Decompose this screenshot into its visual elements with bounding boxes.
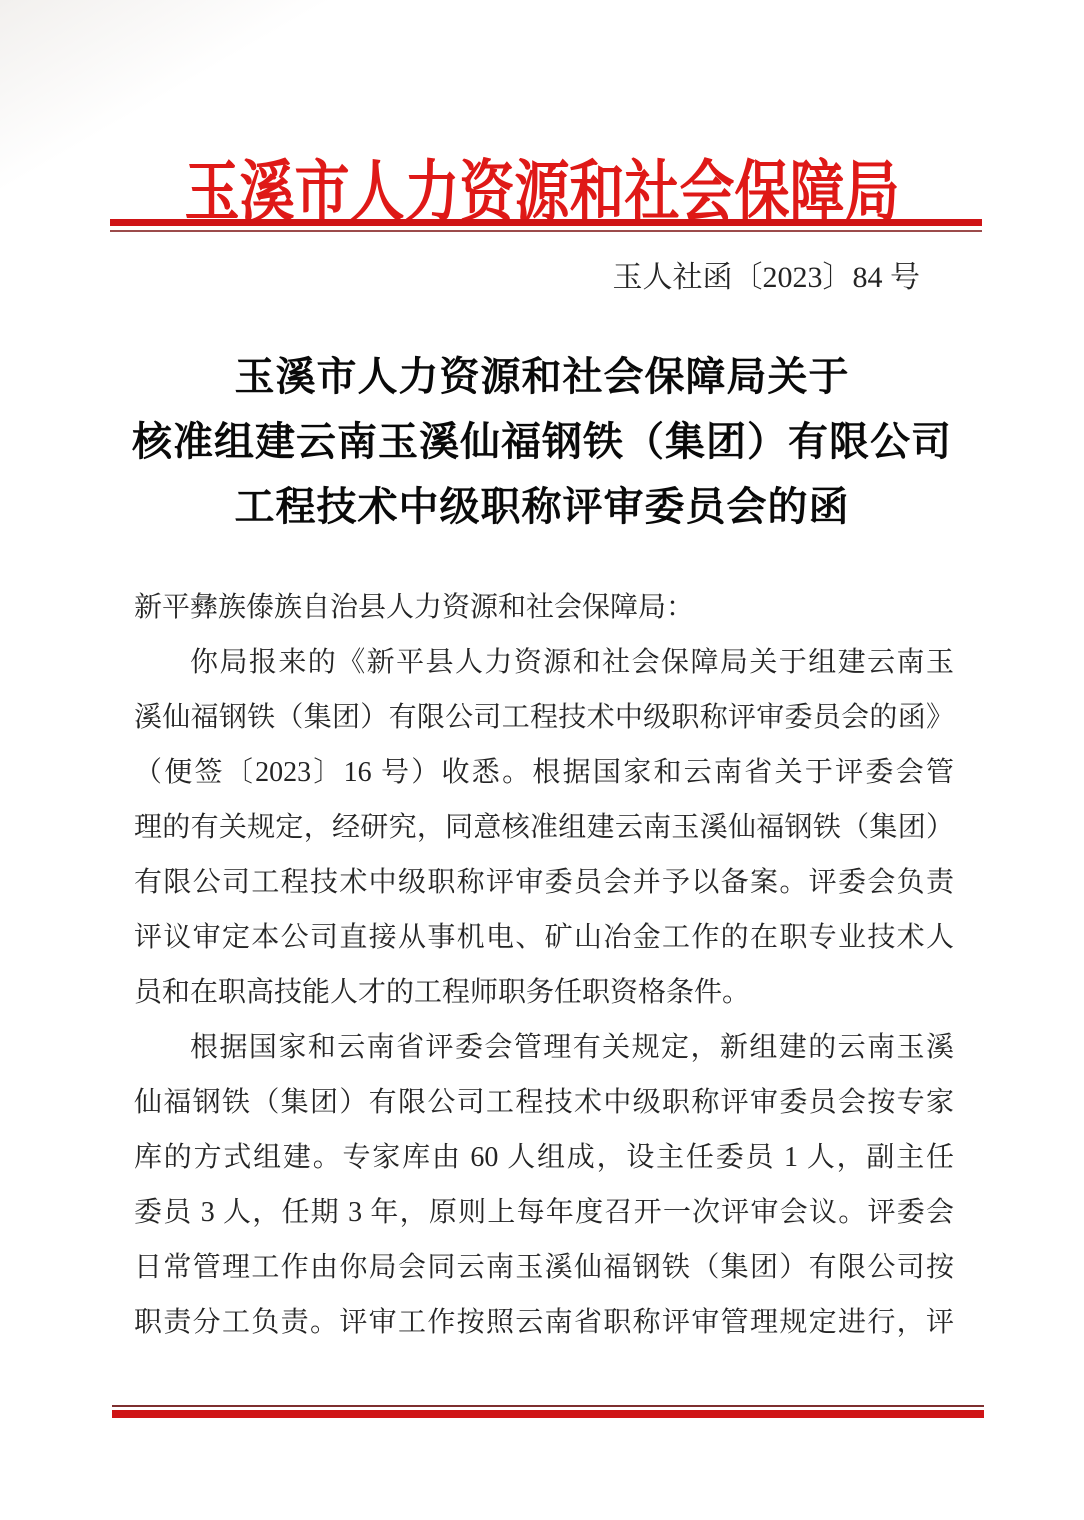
- title-line-1: 玉溪市人力资源和社会保障局关于: [0, 344, 1084, 409]
- body-line: 职责分工负责。评审工作按照云南省职称评审管理规定进行，评: [134, 1295, 954, 1350]
- official-letter-page: 玉溪市人力资源和社会保障局 玉人社函〔2023〕84 号 玉溪市人力资源和社会保…: [0, 0, 1084, 1520]
- document-title: 玉溪市人力资源和社会保障局关于 核准组建云南玉溪仙福钢铁（集团）有限公司 工程技…: [0, 344, 1084, 539]
- body-line: 库的方式组建。专家库由 60 人组成，设主任委员 1 人，副主任: [134, 1130, 954, 1185]
- document-reference-number: 玉人社函〔2023〕84 号: [613, 252, 921, 296]
- body-line: 仙福钢铁（集团）有限公司工程技术中级职称评审委员会按专家: [134, 1075, 954, 1130]
- body-line: 委员 3 人，任期 3 年，原则上每年度召开一次评审会议。评委会: [134, 1185, 954, 1240]
- footer-divider: [112, 1405, 984, 1418]
- masthead-divider-thin-line: [110, 230, 982, 232]
- body-line: 员和在职高技能人才的工程师职务任职资格条件。: [134, 965, 954, 1020]
- body-line: （便签〔2023〕16 号）收悉。根据国家和云南省关于评委会管: [134, 745, 954, 800]
- body-line: 根据国家和云南省评委会管理有关规定，新组建的云南玉溪: [134, 1020, 954, 1075]
- body-line: 理的有关规定，经研究，同意核准组建云南玉溪仙福钢铁（集团）: [134, 800, 954, 855]
- body-line: 有限公司工程技术中级职称评审委员会并予以备案。评委会负责: [134, 855, 954, 910]
- body-line: 日常管理工作由你局会同云南玉溪仙福钢铁（集团）有限公司按: [134, 1240, 954, 1295]
- body-line: 你局报来的《新平县人力资源和社会保障局关于组建云南玉: [134, 635, 954, 690]
- salutation-line: 新平彝族傣族自治县人力资源和社会保障局：: [134, 580, 954, 635]
- body-line: 溪仙福钢铁（集团）有限公司工程技术中级职称评审委员会的函》: [134, 690, 954, 745]
- masthead-divider-thick-line: [110, 219, 982, 226]
- title-line-2: 核准组建云南玉溪仙福钢铁（集团）有限公司: [0, 409, 1084, 474]
- letter-body: 新平彝族傣族自治县人力资源和社会保障局： 你局报来的《新平县人力资源和社会保障局…: [134, 580, 954, 1350]
- body-line: 评议审定本公司直接从事机电、矿山冶金工作的在职专业技术人: [134, 910, 954, 965]
- title-line-3: 工程技术中级职称评审委员会的函: [0, 474, 1084, 539]
- footer-divider-thick-line: [112, 1410, 984, 1418]
- masthead-divider: [110, 219, 982, 232]
- footer-divider-thin-line: [112, 1405, 984, 1407]
